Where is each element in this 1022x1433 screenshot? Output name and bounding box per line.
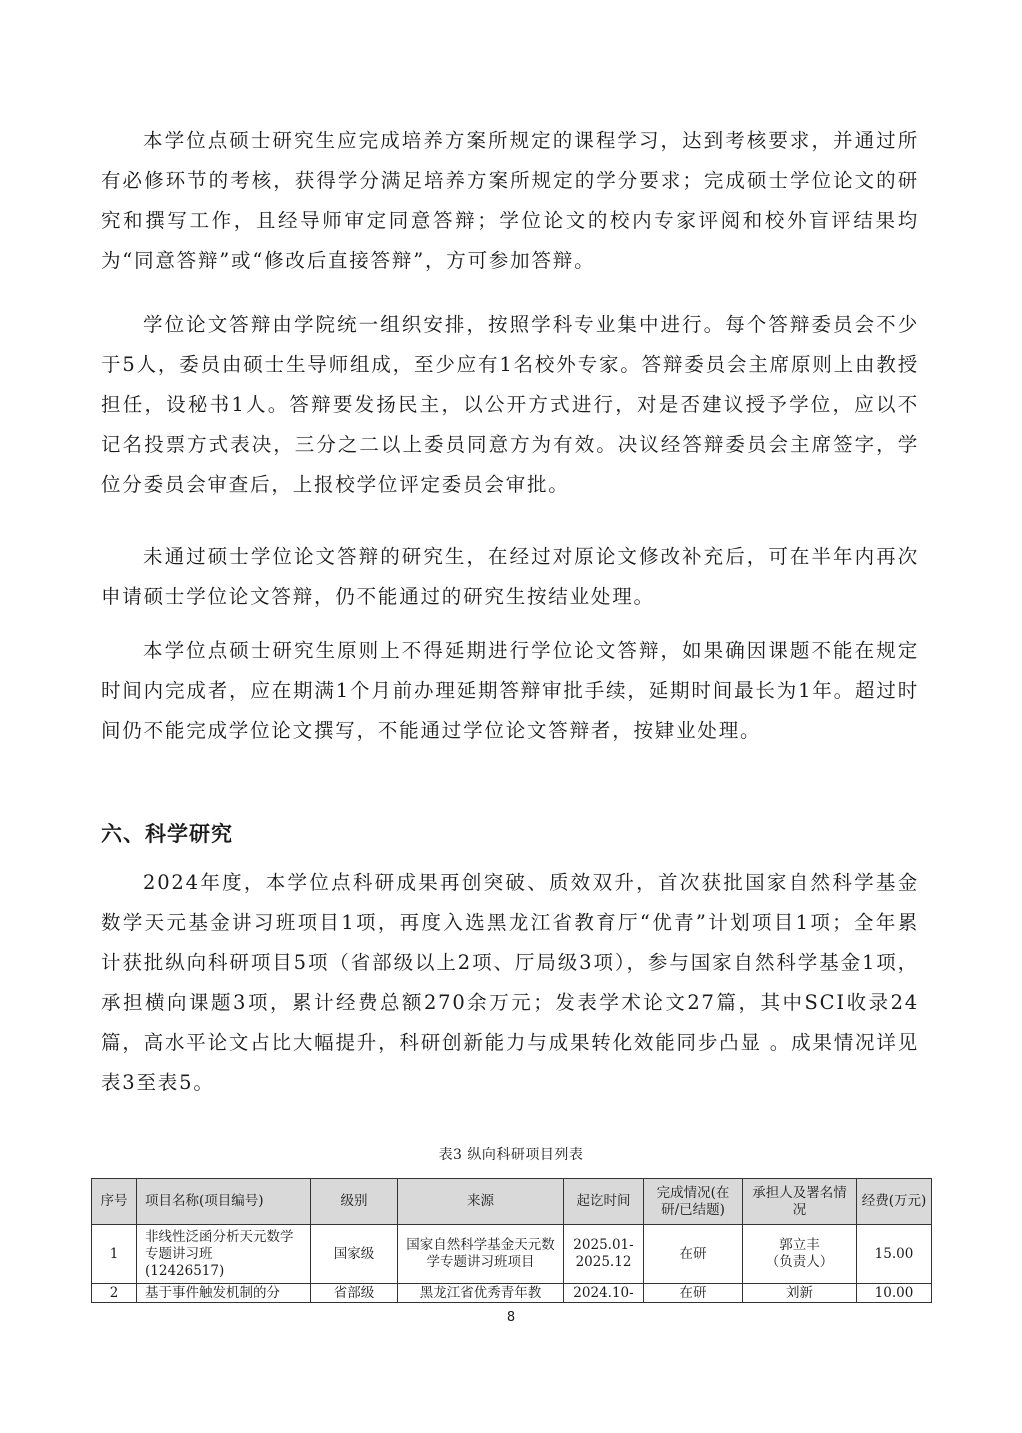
cell-project-name: 基于事件触发机制的分 [137,1284,311,1303]
cell-person: 郭立丰 （负责人） [743,1225,857,1284]
paragraph-defense-extension: 本学位点硕士研究生原则上不得延期进行学位论文答辩，如果确因课题不能在规定时间内完… [101,631,919,751]
header-period: 起讫时间 [564,1179,644,1225]
header-no: 序号 [92,1179,137,1225]
header-level: 级别 [311,1179,398,1225]
header-person: 承担人及署名情况 [743,1179,857,1225]
cell-status: 在研 [644,1225,743,1284]
table-caption: 表3 纵向科研项目列表 [0,1144,1022,1164]
table-row: 2 基于事件触发机制的分 省部级 黑龙江省优秀青年教 2024.10- 在研 刘… [92,1284,932,1303]
research-projects-table: 序号 项目名称(项目编号) 级别 来源 起讫时间 完成情况(在研/已结题) 承担… [91,1178,932,1303]
cell-period: 2024.10- [564,1284,644,1303]
cell-level: 国家级 [311,1225,398,1284]
table-row: 1 非线性泛函分析天元数学专题讲习班 (12426517) 国家级 国家自然科学… [92,1225,932,1284]
paragraph-failed-defense: 未通过硕士学位论文答辩的研究生，在经过对原论文修改补充后，可在半年内再次申请硕士… [101,537,919,617]
cell-source: 黑龙江省优秀青年教 [398,1284,564,1303]
cell-project-name: 非线性泛函分析天元数学专题讲习班 (12426517) [137,1225,311,1284]
cell-funding: 10.00 [857,1284,932,1303]
cell-funding: 15.00 [857,1225,932,1284]
paragraph-defense-requirements: 本学位点硕士研究生应完成培养方案所规定的课程学习，达到考核要求，并通过所有必修环… [101,121,919,281]
cell-period: 2025.01- 2025.12 [564,1225,644,1284]
cell-level: 省部级 [311,1284,398,1303]
header-project-name: 项目名称(项目编号) [137,1179,311,1225]
paragraph-research-summary: 2024年度，本学位点科研成果再创突破、质效双升，首次获批国家自然科学基金数学天… [101,863,919,1103]
page-number: 8 [0,1310,1022,1325]
cell-person: 刘新 [743,1284,857,1303]
cell-source: 国家自然科学基金天元数学专题讲习班项目 [398,1225,564,1284]
header-status: 完成情况(在研/已结题) [644,1179,743,1225]
cell-no: 2 [92,1284,137,1303]
paragraph-defense-committee: 学位论文答辩由学院统一组织安排，按照学科专业集中进行。每个答辩委员会不少于5人，… [101,305,919,505]
cell-status: 在研 [644,1284,743,1303]
section-heading-research: 六、科学研究 [101,818,233,848]
header-source: 来源 [398,1179,564,1225]
header-funding: 经费(万元) [857,1179,932,1225]
document-page: 本学位点硕士研究生应完成培养方案所规定的课程学习，达到考核要求，并通过所有必修环… [0,0,1022,1433]
cell-no: 1 [92,1225,137,1284]
table-header-row: 序号 项目名称(项目编号) 级别 来源 起讫时间 完成情况(在研/已结题) 承担… [92,1179,932,1225]
